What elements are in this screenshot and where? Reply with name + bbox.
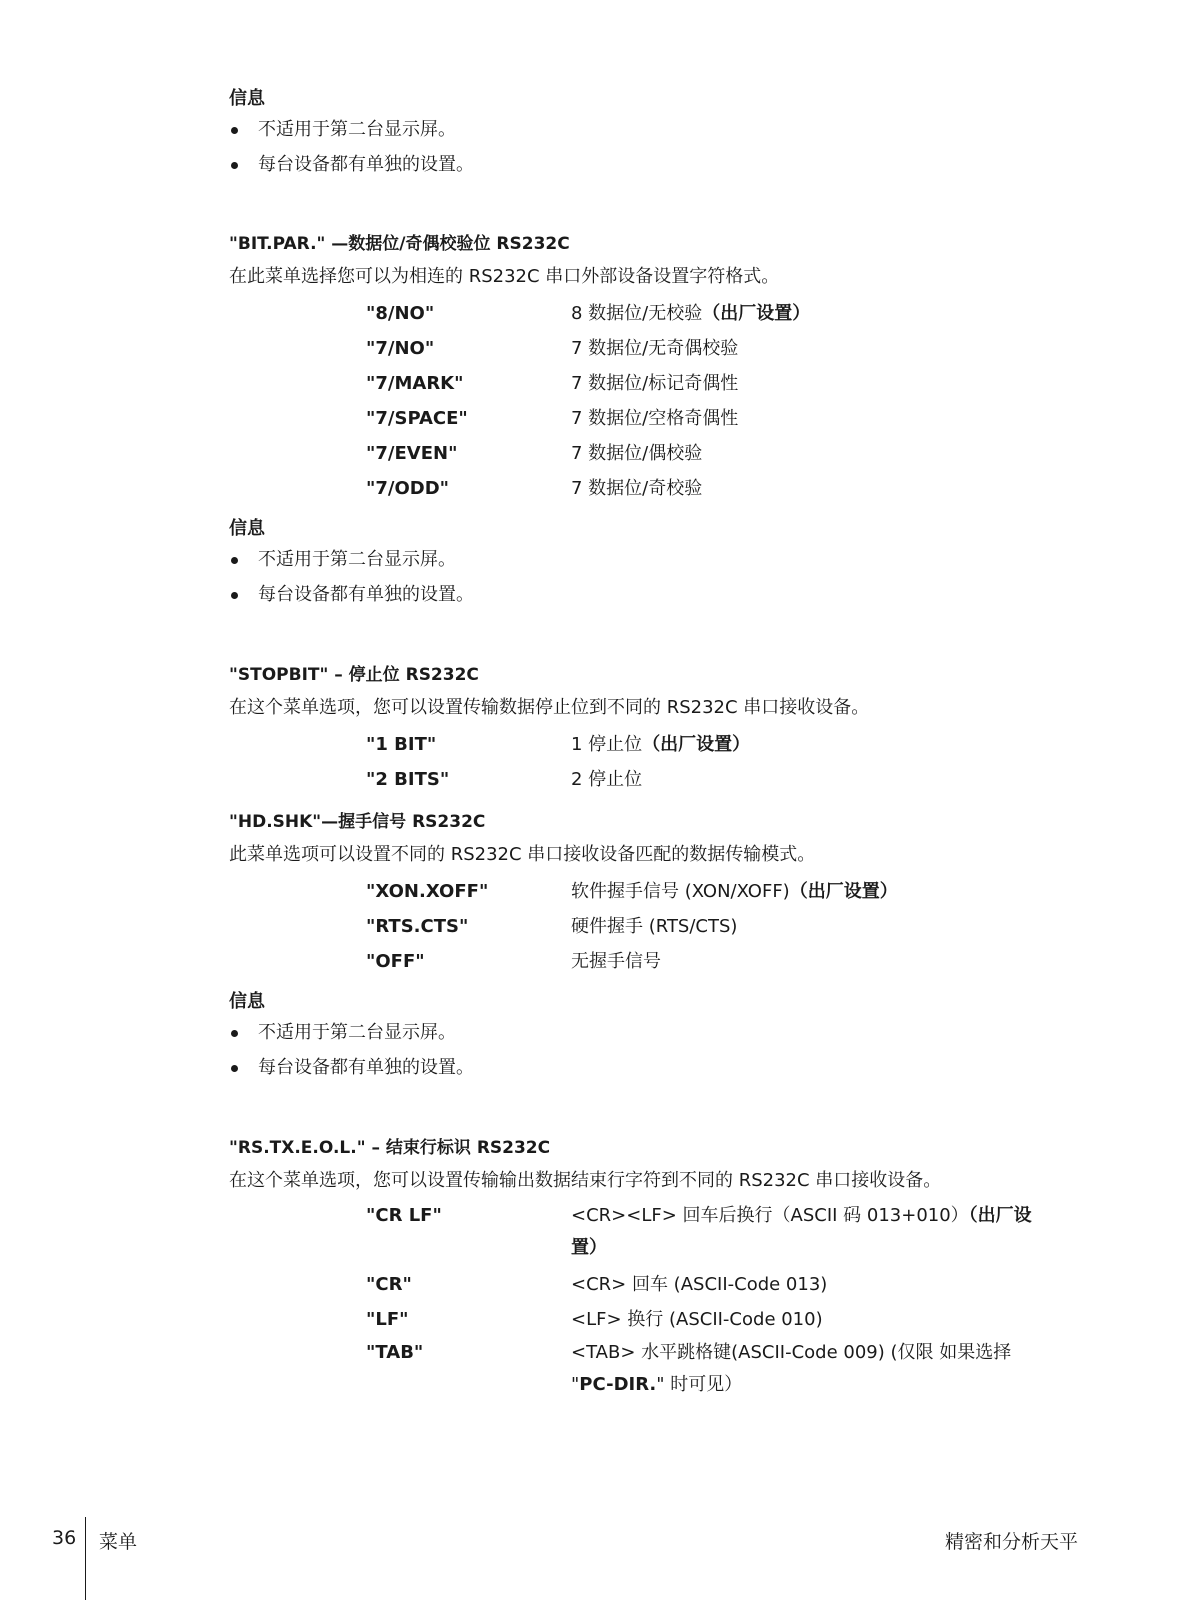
info-title: 信息 [229,86,1069,112]
product-title: 精密和分析天平 [945,1527,1078,1554]
footer-divider [85,1517,86,1600]
section-description: 在此菜单选择您可以为相连的 RS232C 串口外部设备设置字符格式。 [229,259,1069,294]
bullet-item: 每台设备都有单独的设置。 [229,1050,1069,1085]
info-title: 信息 [229,989,1069,1015]
bullet-icon [231,162,238,169]
options-table: "XON.XOFF"软件握手信号 (XON/XOFF)（出厂设置） "RTS.C… [229,874,1069,979]
option-row: "CR LF"<CR><LF> 回车后换行（ASCII 码 013+010）（出… [229,1200,1069,1264]
option-row: "XON.XOFF"软件握手信号 (XON/XOFF)（出厂设置） [229,874,1069,909]
option-row: "1 BIT"1 停止位（出厂设置） [229,727,1069,762]
info-bullets: 不适用于第二台显示屏。 每台设备都有单独的设置。 [229,542,1069,612]
info-bullets: 不适用于第二台显示屏。 每台设备都有单独的设置。 [229,112,1069,182]
chapter-title: 菜单 [99,1527,137,1554]
options-table: "8/NO"8 数据位/无校验（出厂设置） "7/NO"7 数据位/无奇偶校验 … [229,296,1069,506]
options-table: "CR LF"<CR><LF> 回车后换行（ASCII 码 013+010）（出… [229,1200,1069,1401]
option-row: "7/NO"7 数据位/无奇偶校验 [229,331,1069,366]
section-rs-tx-eol: "RS.TX.E.O.L." – 结束行标识 RS232C 在这个菜单选项，您可… [229,1133,1069,1401]
info-bullets: 不适用于第二台显示屏。 每台设备都有单独的设置。 [229,1015,1069,1085]
option-row: "7/EVEN"7 数据位/偶校验 [229,436,1069,471]
info-title: 信息 [229,516,1069,542]
option-row: "7/SPACE"7 数据位/空格奇偶性 [229,401,1069,436]
bullet-item: 每台设备都有单独的设置。 [229,577,1069,612]
bullet-item: 每台设备都有单独的设置。 [229,147,1069,182]
info-block: 信息 不适用于第二台显示屏。 每台设备都有单独的设置。 [229,516,1069,612]
page-number: 36 [52,1527,76,1549]
section-bit-par: "BIT.PAR." —数据位/奇偶校验位 RS232C 在此菜单选择您可以为相… [229,229,1069,506]
option-row: "RTS.CTS"硬件握手 (RTS/CTS) [229,909,1069,944]
option-row: "7/ODD"7 数据位/奇校验 [229,471,1069,506]
section-description: 在这个菜单选项，您可以设置传输数据停止位到不同的 RS232C 串口接收设备。 [229,690,1069,725]
section-title: "RS.TX.E.O.L." – 结束行标识 RS232C [229,1133,1069,1163]
bullet-icon [231,592,238,599]
option-row: "OFF"无握手信号 [229,944,1069,979]
bullet-item: 不适用于第二台显示屏。 [229,112,1069,147]
bullet-icon [231,127,238,134]
section-title: "STOPBIT" – 停止位 RS232C [229,660,1069,690]
option-row: "7/MARK"7 数据位/标记奇偶性 [229,366,1069,401]
bullet-item: 不适用于第二台显示屏。 [229,542,1069,577]
section-description: 在这个菜单选项，您可以设置传输输出数据结束行字符到不同的 RS232C 串口接收… [229,1163,1069,1198]
page-content: 信息 不适用于第二台显示屏。 每台设备都有单独的设置。 "BIT.PAR." —… [229,86,1069,1401]
option-row: "TAB"<TAB> 水平跳格键(ASCII-Code 009) (仅限 如果选… [229,1337,1069,1401]
section-description: 此菜单选项可以设置不同的 RS232C 串口接收设备匹配的数据传输模式。 [229,837,1069,872]
info-block: 信息 不适用于第二台显示屏。 每台设备都有单独的设置。 [229,86,1069,182]
section-hd-shk: "HD.SHK"—握手信号 RS232C 此菜单选项可以设置不同的 RS232C… [229,807,1069,979]
bullet-icon [231,557,238,564]
options-table: "1 BIT"1 停止位（出厂设置） "2 BITS"2 停止位 [229,727,1069,797]
page-footer: 36 菜单 精密和分析天平 [0,1517,1199,1600]
section-title: "HD.SHK"—握手信号 RS232C [229,807,1069,837]
bullet-item: 不适用于第二台显示屏。 [229,1015,1069,1050]
option-row: "CR"<CR> 回车 (ASCII-Code 013) [229,1267,1069,1302]
option-row: "LF"<LF> 换行 (ASCII-Code 010) [229,1302,1069,1337]
section-stopbit: "STOPBIT" – 停止位 RS232C 在这个菜单选项，您可以设置传输数据… [229,660,1069,797]
bullet-icon [231,1065,238,1072]
option-row: "8/NO"8 数据位/无校验（出厂设置） [229,296,1069,331]
option-row: "2 BITS"2 停止位 [229,762,1069,797]
section-title: "BIT.PAR." —数据位/奇偶校验位 RS232C [229,229,1069,259]
bullet-icon [231,1030,238,1037]
info-block: 信息 不适用于第二台显示屏。 每台设备都有单独的设置。 [229,989,1069,1085]
